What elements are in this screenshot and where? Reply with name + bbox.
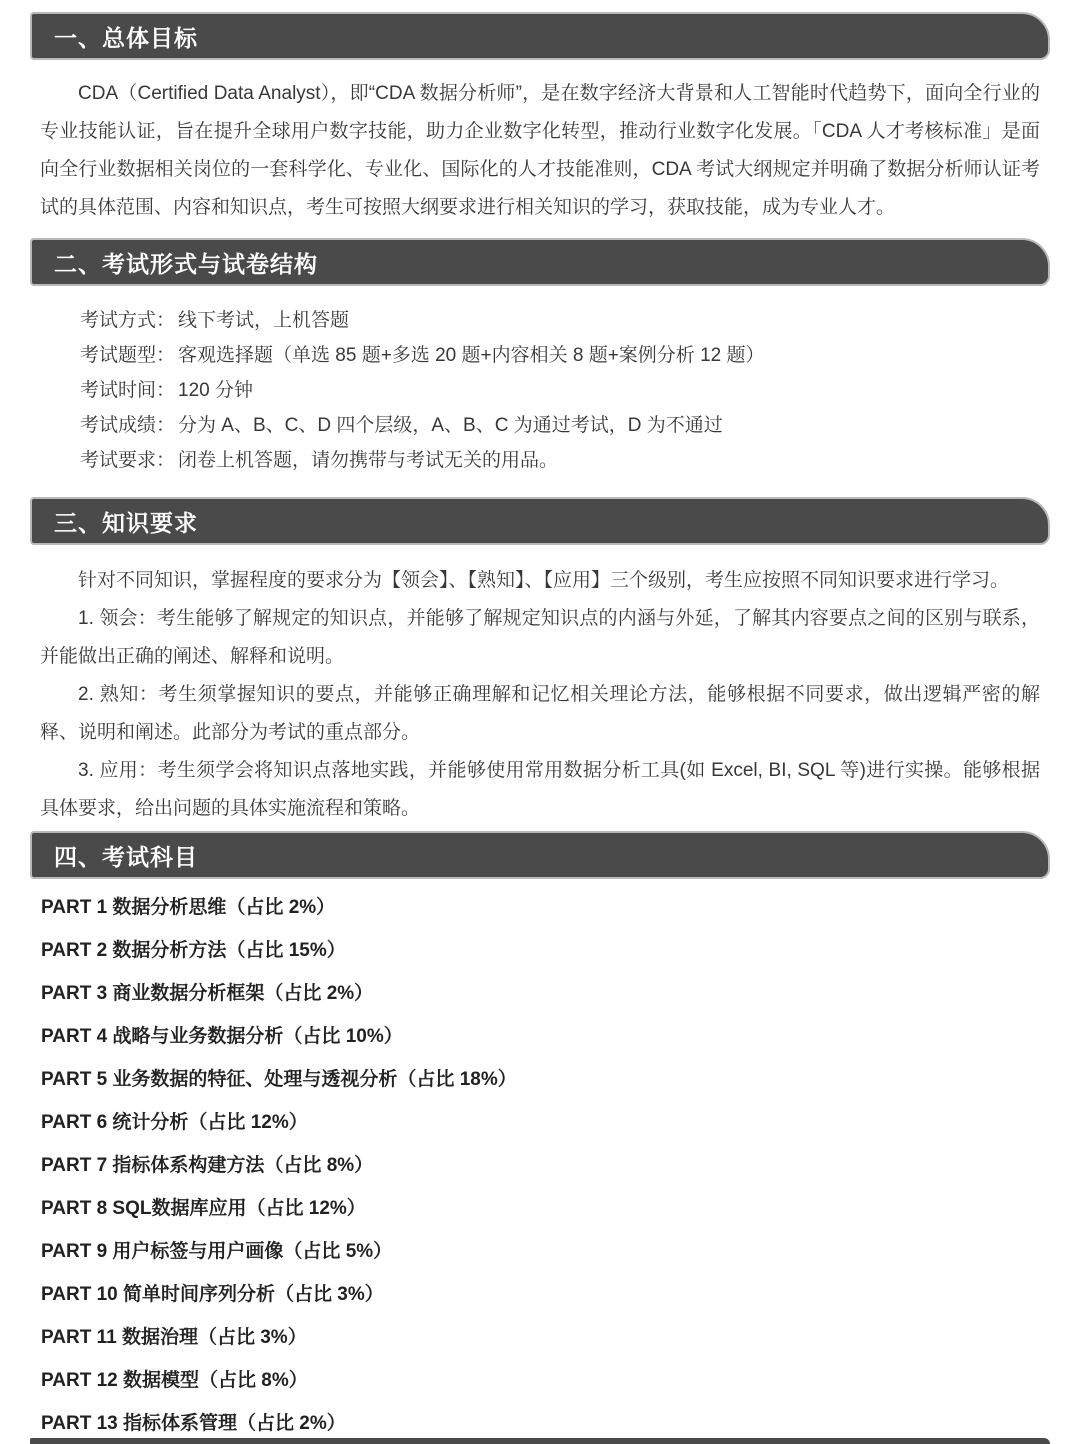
section-2-heading: 二、考试形式与试卷结构 [54, 246, 318, 279]
section-1-heading: 一、总体目标 [54, 20, 198, 53]
subject-item: PART 9 用户标签与用户画像（占比 5%） [41, 1230, 1040, 1273]
subject-item: PART 5 业务数据的特征、处理与透视分析（占比 18%） [41, 1058, 1040, 1101]
exam-info-label: 考试题型： [80, 345, 175, 366]
document-page: 一、总体目标 CDA（Certified Data Analyst），即“CDA… [0, 0, 1080, 1444]
section-3-body: 针对不同知识，掌握程度的要求分为【领会】、【熟知】、【应用】三个级别，考生应按照… [40, 562, 1040, 828]
section-2-banner: 二、考试形式与试卷结构 [30, 238, 1050, 286]
exam-info-value: 闭卷上机答题，请勿携带与考试无关的用品。 [178, 450, 558, 471]
exam-info-row: 考试时间：120 分钟 [80, 373, 1040, 408]
section-4-banner: 四、考试科目 [30, 831, 1050, 879]
subject-item: PART 11 数据治理（占比 3%） [41, 1316, 1040, 1359]
section-1-banner: 一、总体目标 [30, 12, 1050, 60]
exam-info-value: 客观选择题（单选 85 题+多选 20 题+内容相关 8 题+案例分析 12 题… [178, 345, 765, 366]
section-4-body: PART 1 数据分析思维（占比 2%） PART 2 数据分析方法（占比 15… [41, 886, 1040, 1444]
exam-info-value: 分为 A、B、C、D 四个层级，A、B、C 为通过考试，D 为不通过 [178, 415, 723, 436]
exam-info-row: 考试要求：闭卷上机答题，请勿携带与考试无关的用品。 [80, 443, 1040, 478]
section-2-body: 考试方式：线下考试，上机答题 考试题型：客观选择题（单选 85 题+多选 20 … [80, 303, 1040, 478]
subject-item: PART 1 数据分析思维（占比 2%） [41, 886, 1040, 929]
subject-item: PART 8 SQL数据库应用（占比 12%） [41, 1187, 1040, 1230]
exam-info-label: 考试时间： [80, 380, 175, 401]
subject-item: PART 10 简单时间序列分析（占比 3%） [41, 1273, 1040, 1316]
subject-item: PART 12 数据模型（占比 8%） [41, 1359, 1040, 1402]
section-3-paragraph: 3. 应用：考生须学会将知识点落地实践，并能够使用常用数据分析工具(如 Exce… [40, 752, 1040, 828]
section-4-heading: 四、考试科目 [54, 839, 198, 872]
section-1-body: CDA（Certified Data Analyst），即“CDA 数据分析师”… [40, 75, 1040, 227]
section-3-paragraph: 2. 熟知：考生须掌握知识的要点，并能够正确理解和记忆相关理论方法，能够根据不同… [40, 676, 1040, 752]
exam-info-label: 考试成绩： [80, 415, 175, 436]
subject-item: PART 3 商业数据分析框架（占比 2%） [41, 972, 1040, 1015]
exam-info-row: 考试方式：线下考试，上机答题 [80, 303, 1040, 338]
exam-info-label: 考试方式： [80, 310, 175, 331]
exam-info-label: 考试要求： [80, 450, 175, 471]
section-3-heading: 三、知识要求 [54, 505, 198, 538]
section-3-banner: 三、知识要求 [30, 497, 1050, 545]
next-section-banner-edge [30, 1438, 1050, 1444]
subject-item: PART 2 数据分析方法（占比 15%） [41, 929, 1040, 972]
subject-item: PART 6 统计分析（占比 12%） [41, 1101, 1040, 1144]
section-3-paragraph: 针对不同知识，掌握程度的要求分为【领会】、【熟知】、【应用】三个级别，考生应按照… [40, 562, 1040, 600]
subject-item: PART 7 指标体系构建方法（占比 8%） [41, 1144, 1040, 1187]
exam-info-value: 线下考试，上机答题 [178, 310, 349, 331]
exam-info-row: 考试题型：客观选择题（单选 85 题+多选 20 题+内容相关 8 题+案例分析… [80, 338, 1040, 373]
exam-info-value: 120 分钟 [178, 380, 253, 401]
exam-info-row: 考试成绩：分为 A、B、C、D 四个层级，A、B、C 为通过考试，D 为不通过 [80, 408, 1040, 443]
section-1-paragraph: CDA（Certified Data Analyst），即“CDA 数据分析师”… [40, 75, 1040, 227]
subject-item: PART 4 战略与业务数据分析（占比 10%） [41, 1015, 1040, 1058]
section-3-paragraph: 1. 领会：考生能够了解规定的知识点，并能够了解规定知识点的内涵与外延，了解其内… [40, 600, 1040, 676]
